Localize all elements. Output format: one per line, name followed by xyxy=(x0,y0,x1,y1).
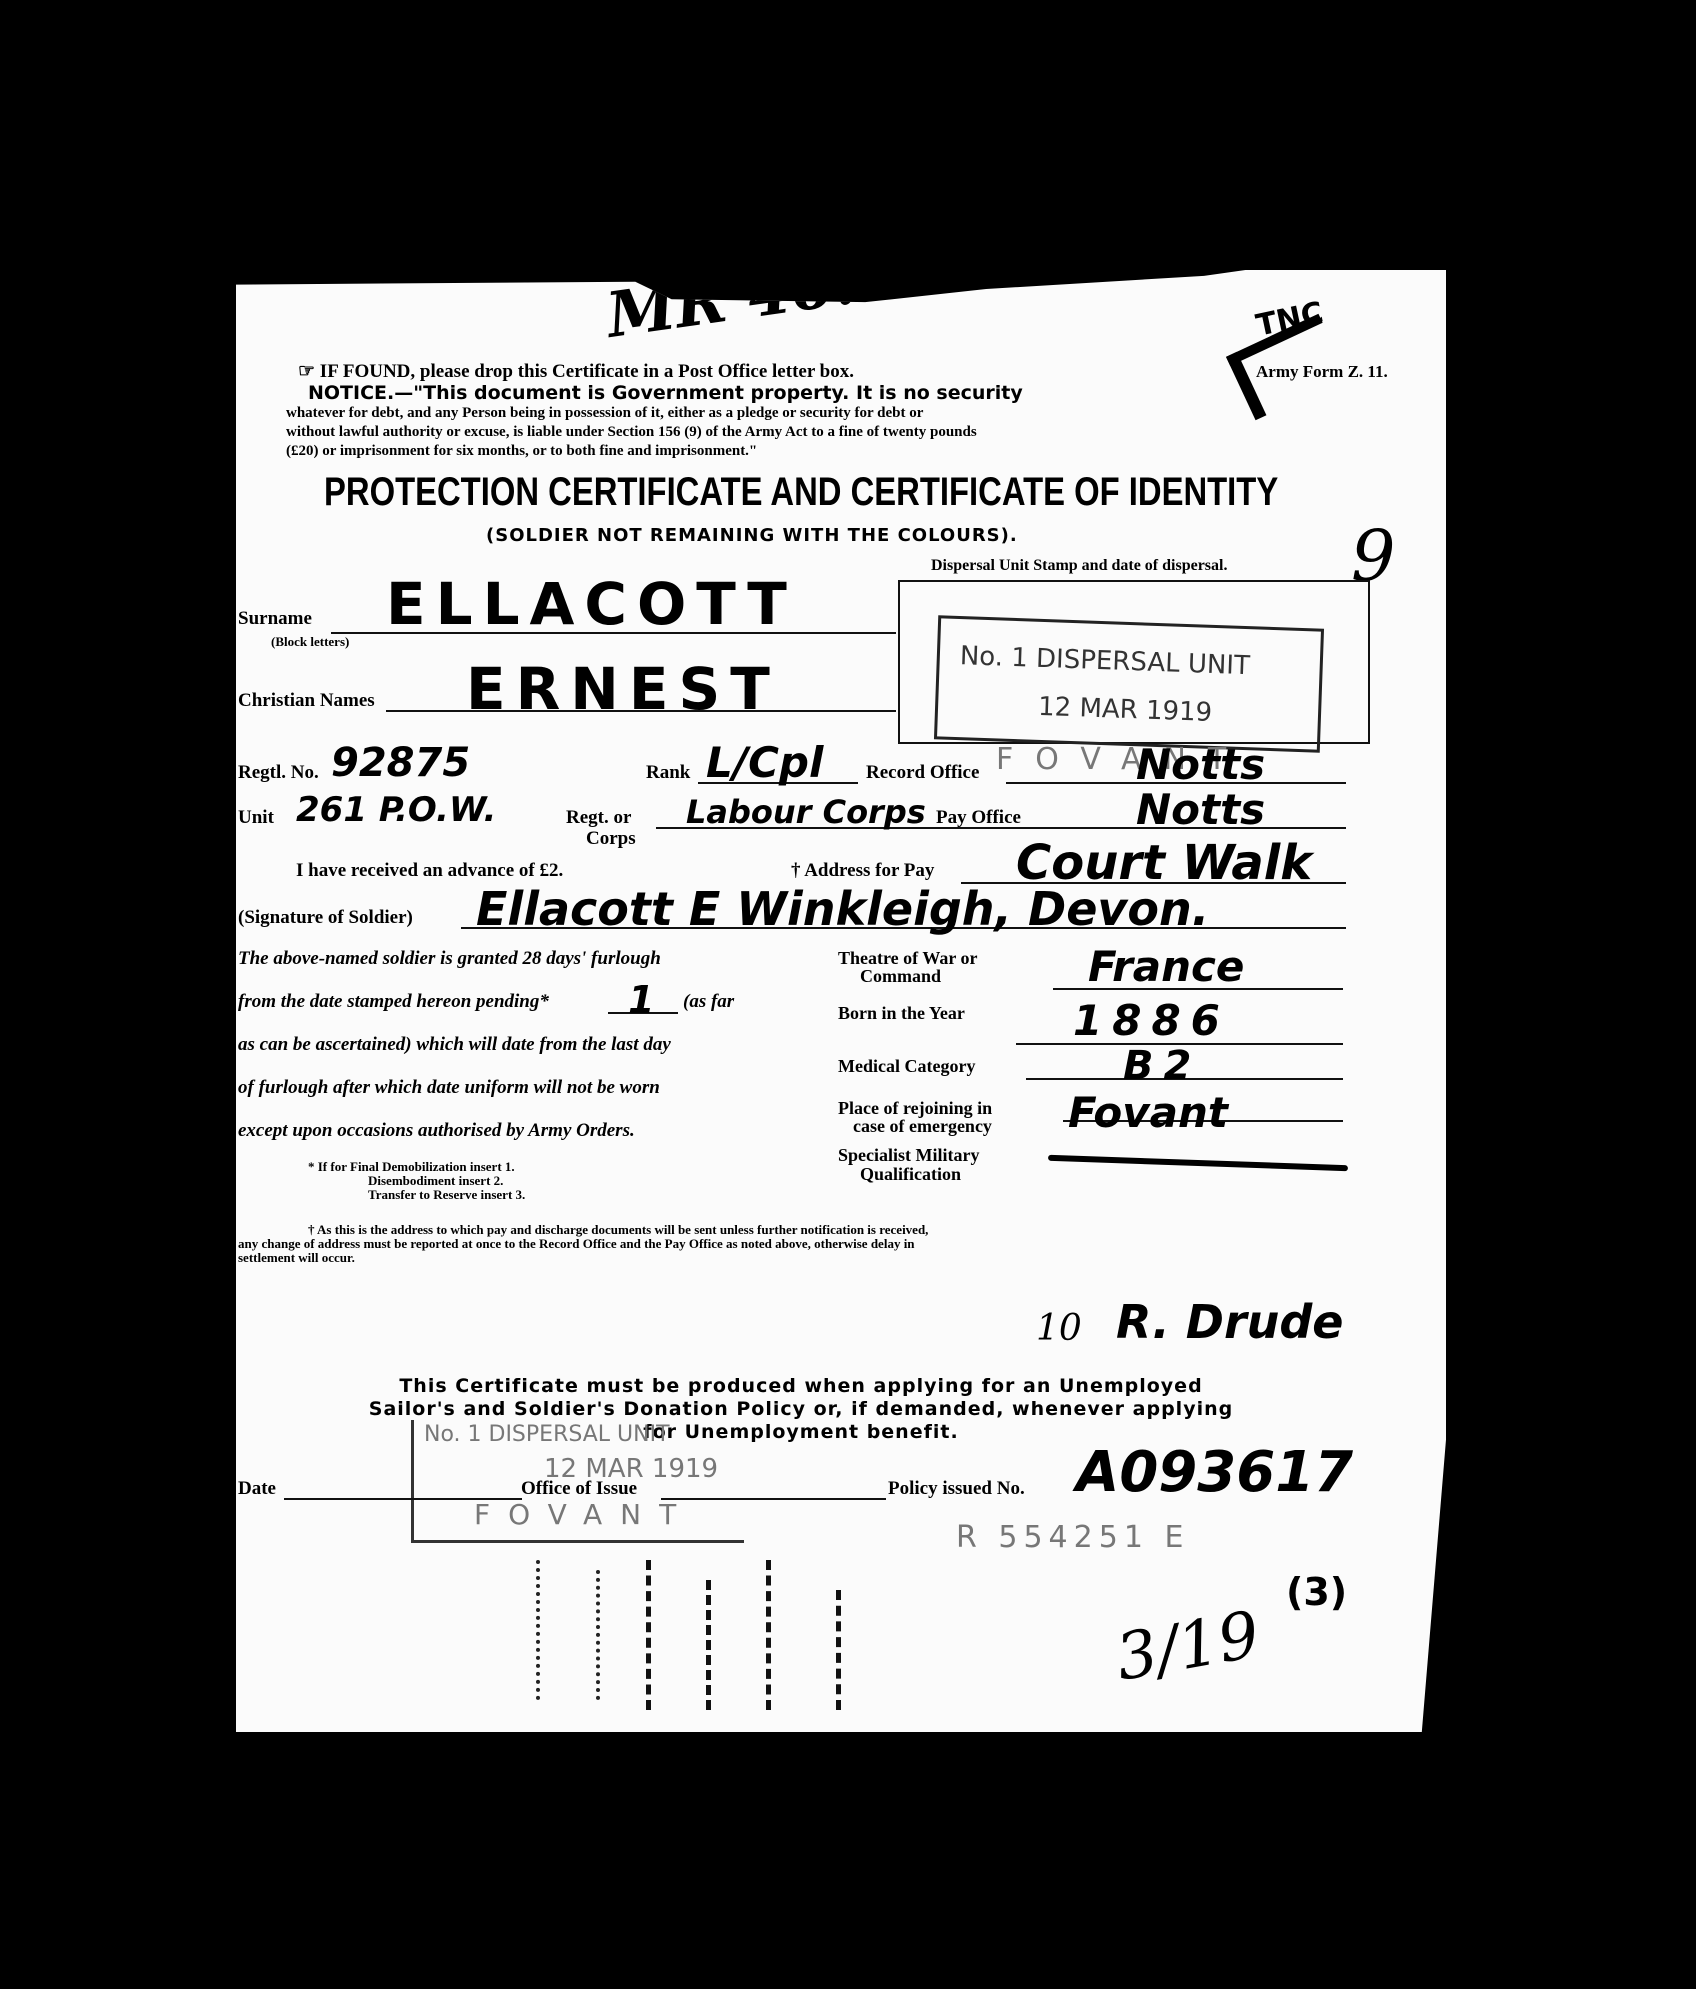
medical-value: B2 xyxy=(1123,1043,1201,1089)
furlough-line-3: as can be ascertained) which will date f… xyxy=(238,1034,671,1056)
address-note-1: † As this is the address to which pay an… xyxy=(238,1223,1348,1237)
regtl-no-value: 92875 xyxy=(331,740,470,786)
right-fields: Theatre of War or Command France Born in… xyxy=(838,948,1358,1208)
donation-line-1: This Certificate must be produced when a… xyxy=(246,1375,1356,1398)
date-line xyxy=(284,1498,522,1500)
if-found-notice: ☞ IF FOUND, please drop this Certificate… xyxy=(298,360,854,383)
medical-label: Medical Category xyxy=(838,1056,975,1077)
footnote-2: Disembodiment insert 2. xyxy=(368,1174,503,1188)
surname-value: ELLACOTT xyxy=(386,570,797,638)
official-initials: R. Drude xyxy=(1116,1295,1344,1349)
furlough-line-2: from the date stamped hereon pending* xyxy=(238,991,549,1013)
pointing-hand-icon: ☞ xyxy=(298,361,320,382)
document-subtitle: (SOLDIER NOT REMAINING WITH THE COLOURS)… xyxy=(486,525,1018,546)
pending-value: 1 xyxy=(628,978,654,1022)
pay-office-label: Pay Office xyxy=(936,807,1021,829)
regt-corps-value: Labour Corps xyxy=(686,793,926,831)
address-footnote: † As this is the address to which pay an… xyxy=(238,1223,1348,1265)
specialist-label: Specialist Military xyxy=(838,1145,979,1166)
donation-line-2: Sailor's and Soldier's Donation Policy o… xyxy=(246,1398,1356,1421)
notice-line-3: without lawful authority or excuse, is l… xyxy=(286,423,1406,442)
pay-office-value: Notts xyxy=(1136,785,1265,834)
footnote-3: Transfer to Reserve insert 3. xyxy=(368,1188,525,1202)
policy-stamp-number: R 554251 E xyxy=(956,1520,1189,1555)
christian-names-label: Christian Names xyxy=(238,690,375,712)
signature-label: (Signature of Soldier) xyxy=(238,907,413,929)
furlough-line-5: except upon occasions authorised by Army… xyxy=(238,1120,635,1142)
address-for-pay-label: † Address for Pay xyxy=(791,860,934,882)
born-value: 1886 xyxy=(1073,996,1230,1045)
vertical-handwritten-notes xyxy=(536,1560,896,1720)
specialist-dash-stroke xyxy=(1048,1155,1348,1171)
unit-value: 261 P.O.W. xyxy=(296,790,496,830)
rank-value: L/Cpl xyxy=(706,738,823,787)
handwritten-reference: MR 46. xyxy=(602,245,859,352)
regtl-no-label: Regtl. No. xyxy=(238,762,319,784)
address-note-3: settlement will occur. xyxy=(238,1251,1348,1265)
theatre-value: France xyxy=(1088,942,1244,991)
second-stamp-place: FOVANT xyxy=(474,1498,694,1531)
footnote-1: * If for Final Demobilization insert 1. xyxy=(308,1160,515,1174)
stamp-unit: No. 1 DISPERSAL UNIT xyxy=(959,641,1250,681)
surname-sublabel: (Block letters) xyxy=(271,635,349,649)
rejoin-label-2: case of emergency xyxy=(853,1116,992,1137)
furlough-line-4: of furlough after which date uniform wil… xyxy=(238,1077,660,1099)
corps-label: Corps xyxy=(586,828,636,850)
address-note-2: any change of address must be reported a… xyxy=(238,1237,1348,1251)
advance-text: I have received an advance of £2. xyxy=(296,860,563,882)
dispersal-stamp-caption: Dispersal Unit Stamp and date of dispers… xyxy=(931,557,1227,575)
born-label: Born in the Year xyxy=(838,1003,965,1024)
dispersal-unit-stamp: No. 1 DISPERSAL UNIT 12 MAR 1919 xyxy=(934,615,1324,752)
surname-label: Surname xyxy=(238,608,312,630)
unit-label: Unit xyxy=(238,807,274,829)
regt-corps-label: Regt. or xyxy=(566,807,631,829)
page-marker: (3) xyxy=(1286,1570,1347,1614)
notice-line-1: NOTICE.—"This document is Government pro… xyxy=(286,383,1406,404)
furlough-line-1: The above-named soldier is granted 28 da… xyxy=(238,948,661,970)
record-office-value: Notts xyxy=(1136,740,1265,789)
side-number: 10 xyxy=(1036,1308,1082,1349)
furlough-line-2b: (as far xyxy=(683,991,734,1013)
rejoin-value: Fovant xyxy=(1068,1088,1228,1137)
army-form-number: Army Form Z. 11. xyxy=(1256,362,1388,382)
christian-names-value: ERNEST xyxy=(466,655,780,723)
office-of-issue-label: Office of Issue xyxy=(521,1478,637,1500)
policy-number-label: Policy issued No. xyxy=(888,1478,1025,1500)
notice-line-2: whatever for debt, and any Person being … xyxy=(286,404,1406,423)
signature-value: Ellacott E Winkleigh, Devon. xyxy=(476,882,1209,936)
qualification-label: Qualification xyxy=(860,1164,961,1185)
notice-block: NOTICE.—"This document is Government pro… xyxy=(286,383,1406,461)
command-label: Command xyxy=(860,966,941,987)
date-label: Date xyxy=(238,1478,276,1500)
rank-label: Rank xyxy=(646,762,690,784)
notice-line-4: (£20) or imprisonment for six months, or… xyxy=(286,442,1406,461)
office-line xyxy=(661,1498,886,1500)
second-stamp-unit: No. 1 DISPERSAL UNIT xyxy=(424,1422,670,1447)
stamp-date: 12 MAR 1919 xyxy=(1038,692,1213,728)
document-title: PROTECTION CERTIFICATE AND CERTIFICATE O… xyxy=(324,470,1278,515)
handwritten-fraction: 3/19 xyxy=(1111,1598,1265,1696)
record-office-label: Record Office xyxy=(866,762,979,784)
policy-number-value: A093617 xyxy=(1076,1440,1353,1505)
protection-certificate-document: MR 46. TNC ☞ IF FOUND, please drop this … xyxy=(236,270,1446,1732)
